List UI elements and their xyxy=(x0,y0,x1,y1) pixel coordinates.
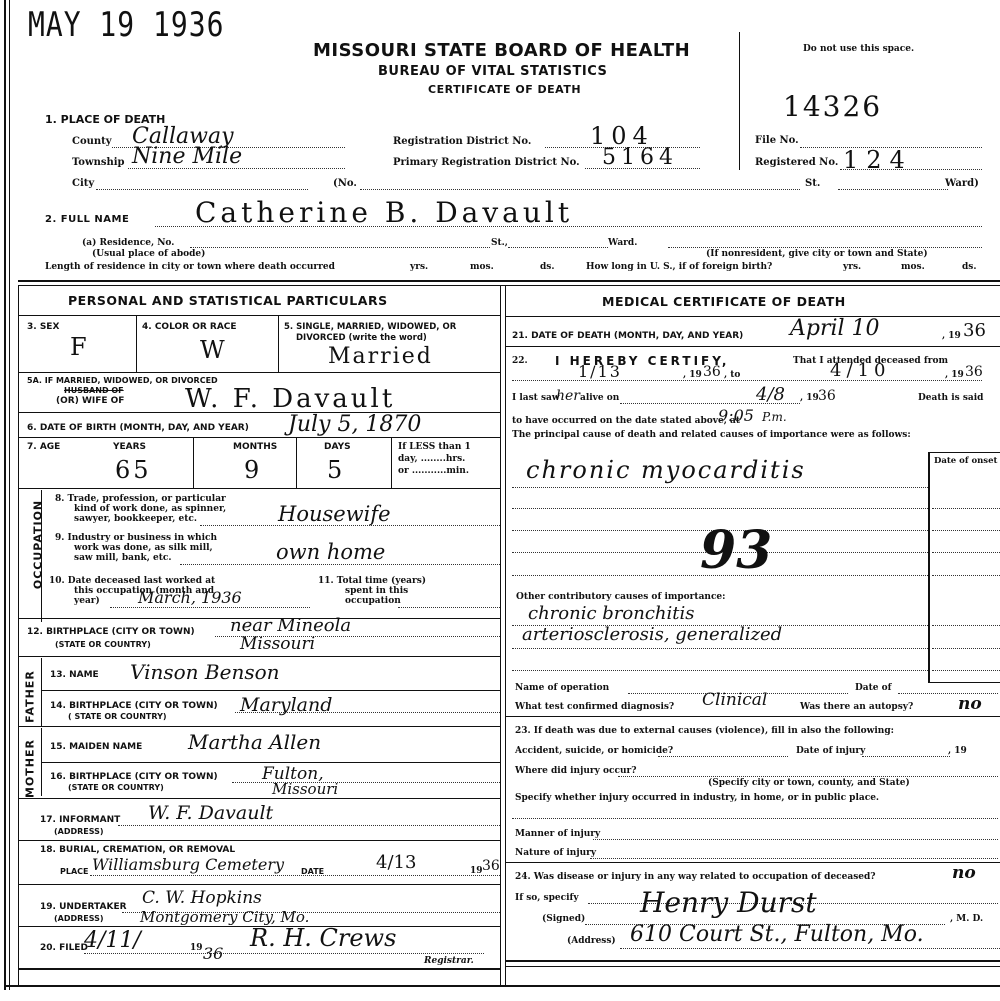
age-months-divider xyxy=(296,438,297,488)
father-birthplace-value[interactable]: Maryland xyxy=(240,694,332,716)
mother-maiden-value[interactable]: Martha Allen xyxy=(188,730,321,754)
sex-value[interactable]: F xyxy=(70,333,87,361)
onset-line-3 xyxy=(932,552,1000,553)
where-injury-field[interactable] xyxy=(618,776,998,777)
column-divider-right xyxy=(505,285,506,985)
personal-title-underline xyxy=(18,315,500,316)
last-worked-line xyxy=(110,607,310,608)
left-border-inner xyxy=(9,0,10,990)
full-name-label: 2. FULL NAME xyxy=(45,214,129,225)
industry-value[interactable]: own home xyxy=(276,540,385,564)
do-not-use-label: Do not use this space. xyxy=(803,44,914,54)
med-bottom-line xyxy=(505,960,1000,962)
column-divider-left xyxy=(500,285,501,985)
age-months-label: MONTHS xyxy=(233,442,277,452)
physician-signature[interactable]: Henry Durst xyxy=(640,886,817,919)
time-of-death-value[interactable]: 9:05 xyxy=(718,406,754,425)
foreign-ds-label: ds. xyxy=(962,262,977,272)
nature-field[interactable] xyxy=(590,858,998,859)
undertaker-sublabel: (ADDRESS) xyxy=(54,914,104,923)
informant-sublabel: (ADDRESS) xyxy=(54,827,104,836)
medical-section-title: MEDICAL CERTIFICATE OF DEATH xyxy=(602,294,846,309)
dod-year-value[interactable]: 36 xyxy=(963,320,986,341)
onset-line-4 xyxy=(932,575,1000,576)
father-birthplace-sublabel: ( STATE OR COUNTRY) xyxy=(68,712,167,721)
race-label: 4. COLOR OR RACE xyxy=(142,322,237,332)
med-row-line-3 xyxy=(505,862,1000,863)
residence-sublabel: (Usual place of abode) xyxy=(92,249,205,259)
onset-line-6 xyxy=(932,648,1000,649)
burial-year-value[interactable]: 36 xyxy=(482,858,500,874)
mother-birthplace-label: 16. BIRTHPLACE (CITY OR TOWN) xyxy=(50,772,218,782)
physician-address-label: (Address) xyxy=(567,936,616,946)
contributory-cause-2[interactable]: arteriosclerosis, generalized xyxy=(522,624,782,645)
marital-label: 5. SINGLE, MARRIED, WIDOWED, OR xyxy=(284,322,456,332)
onset-line-5 xyxy=(932,625,1000,626)
informant-value[interactable]: W. F. Davault xyxy=(148,802,273,824)
industry-line xyxy=(180,564,500,565)
city-field[interactable] xyxy=(96,189,308,190)
autopsy-label: Was there an autopsy? xyxy=(800,702,913,712)
industry-label-2: work was done, as silk mill, xyxy=(74,543,213,553)
father-name-value[interactable]: Vinson Benson xyxy=(130,660,280,684)
residence-field[interactable] xyxy=(190,247,490,248)
spouse-label-2: HUSBAND OF xyxy=(64,386,124,395)
birthplace-sublabel: (STATE OR COUNTRY) xyxy=(55,640,151,649)
received-date-stamp: MAY 19 1936 xyxy=(28,5,224,45)
registrar-signature[interactable]: R. H. Crews xyxy=(250,924,396,952)
to-year-value[interactable]: 36 xyxy=(965,364,983,380)
city-label: City xyxy=(72,178,94,189)
total-time-label-2: spent in this xyxy=(345,586,408,596)
ward-field[interactable] xyxy=(838,189,948,190)
registration-district-label: Registration District No. xyxy=(393,136,531,147)
death-said-label: Death is said xyxy=(918,393,983,403)
operation-date-field[interactable] xyxy=(898,693,998,694)
industry-label-3: saw mill, bank, etc. xyxy=(74,553,172,563)
mother-birthplace-state[interactable]: Missouri xyxy=(272,780,338,798)
total-time-label-1: 11. Total time (years) xyxy=(318,576,426,586)
onset-box-left xyxy=(928,452,930,682)
row-line-7 xyxy=(18,726,500,727)
undertaker-name[interactable]: C. W. Hopkins xyxy=(142,888,262,908)
burial-date-value[interactable]: 4/13 xyxy=(376,852,416,873)
row-line-1 xyxy=(18,372,500,373)
med-row-line-1 xyxy=(505,346,1000,347)
where-injury-sublabel: (Specify city or town, county, and State… xyxy=(708,778,910,788)
burial-date-label: DATE xyxy=(301,867,324,876)
physician-address-value[interactable]: 610 Court St., Fulton, Mo. xyxy=(630,922,924,947)
nonresident-note: (If nonresident, give city or town and S… xyxy=(706,249,928,259)
township-value[interactable]: Nine Mile xyxy=(132,144,242,169)
father-vertical-label: FATHER xyxy=(24,657,37,737)
industry-label-1: 9. Industry or business in which xyxy=(55,533,217,543)
father-side-divider xyxy=(41,658,42,726)
father-birthplace-label: 14. BIRTHPLACE (CITY OR TOWN) xyxy=(50,701,218,711)
last-worked-value[interactable]: March, 1936 xyxy=(138,588,242,607)
street-label: St. xyxy=(805,178,820,189)
md-label: , M. D. xyxy=(950,914,983,924)
injury-date-field[interactable] xyxy=(862,756,950,757)
where-injury-label: Where did injury occur? xyxy=(515,766,637,776)
contributory-line-2 xyxy=(512,648,928,649)
age-years-label: YEARS xyxy=(113,442,146,452)
med-row-line-2 xyxy=(505,716,1000,717)
header-divider xyxy=(739,32,740,170)
onset-box-top xyxy=(928,452,1000,453)
alive-on-label: alive on xyxy=(580,393,619,403)
row-line-10 xyxy=(18,884,500,885)
undertaker-label: 19. UNDERTAKER xyxy=(40,902,127,912)
father-row-line xyxy=(41,690,500,691)
burial-label: 18. BURIAL, CREMATION, OR REMOVAL xyxy=(40,845,235,855)
contributory-line-3 xyxy=(512,670,928,671)
residence-ward-label: Ward. xyxy=(608,238,637,248)
filed-line xyxy=(84,953,484,954)
contributory-cause-1[interactable]: chronic bronchitis xyxy=(528,603,694,624)
residence-mos-label: mos. xyxy=(470,262,494,272)
time-of-death-suffix: P.m. xyxy=(762,410,787,424)
foreign-mos-label: mos. xyxy=(901,262,925,272)
street-no-field[interactable] xyxy=(360,189,800,190)
filed-date[interactable]: 4/11/ xyxy=(84,928,141,953)
alive-on-value[interactable]: 4/8 xyxy=(756,384,785,405)
to-year-prefix: , 19 xyxy=(945,370,964,380)
injury-year-prefix: , 19 xyxy=(948,746,967,756)
specify-injury-label: Specify whether injury occurred in indus… xyxy=(515,793,879,803)
informant-line xyxy=(118,825,500,826)
row-line-4 xyxy=(18,488,500,489)
occurred-at-label: to have occurred on the date stated abov… xyxy=(512,416,740,426)
certify-number: 22. xyxy=(512,356,528,366)
spouse-label-3: (OR) WIFE OF xyxy=(56,396,124,406)
left-column-border xyxy=(18,285,19,985)
burial-year-prefix: 19 xyxy=(470,866,483,876)
residence-yrs-label: yrs. xyxy=(410,262,428,272)
last-saw-label: I last saw xyxy=(512,393,560,403)
test-confirmed-value[interactable]: Clinical xyxy=(702,690,767,710)
occupation-related-value[interactable]: no xyxy=(952,863,976,883)
primary-registration-label: Primary Registration District No. xyxy=(393,157,580,168)
manner-field[interactable] xyxy=(593,839,998,840)
age-months-value[interactable]: 9 xyxy=(244,456,259,484)
full-name-value[interactable]: Catherine B. Davault xyxy=(195,196,573,229)
trade-value[interactable]: Housewife xyxy=(278,502,391,526)
age-days-value[interactable]: 5 xyxy=(327,456,342,484)
nonresident-field[interactable] xyxy=(668,247,982,248)
onset-line-2 xyxy=(932,530,1000,531)
signed-label: (Signed) xyxy=(542,914,585,924)
registered-no-label: Registered No. xyxy=(755,157,838,168)
onset-line-7 xyxy=(932,670,1000,671)
mother-row-line xyxy=(41,762,500,763)
total-time-label-3: occupation xyxy=(345,596,401,606)
cause-line-1 xyxy=(512,487,928,488)
certificate-title: CERTIFICATE OF DEATH xyxy=(428,83,581,96)
street-no-label: (No. xyxy=(333,178,357,189)
residence-ward-field[interactable] xyxy=(508,247,608,248)
marital-value[interactable]: Married xyxy=(328,344,433,369)
trade-label-3: sawyer, bookkeeper, etc. xyxy=(74,514,197,524)
township-label: Township xyxy=(72,157,125,168)
dod-year-prefix: , 19 xyxy=(942,331,961,341)
trade-label-2: kind of work done, as spinner, xyxy=(74,504,226,514)
left-border-outer xyxy=(4,0,6,990)
last-worked-label-3: year) xyxy=(74,596,100,606)
birthplace-label: 12. BIRTHPLACE (CITY OR TOWN) xyxy=(27,627,195,637)
marital-label-2: DIVORCED (write the word) xyxy=(296,333,427,343)
registered-no-value[interactable]: 124 xyxy=(843,146,913,174)
mother-maiden-label: 15. MAIDEN NAME xyxy=(50,742,142,752)
residence-label: (a) Residence, No. xyxy=(82,238,174,248)
occupation-related-label: 24. Was disease or injury in any way rel… xyxy=(515,872,876,882)
onset-box-bottom xyxy=(928,682,1000,683)
specify-injury-field[interactable] xyxy=(512,818,998,819)
length-of-residence-label: Length of residence in city or town wher… xyxy=(45,262,335,272)
ward-label: Ward) xyxy=(945,178,979,189)
manner-label: Manner of injury xyxy=(515,829,600,839)
med-bottom-line-2 xyxy=(505,966,1000,967)
cause-code-mark: 93 xyxy=(700,520,772,581)
personal-section-title: PERSONAL AND STATISTICAL PARTICULARS xyxy=(68,293,388,308)
to-label: , to xyxy=(724,370,740,380)
residence-st-label: St., xyxy=(491,238,508,248)
birthplace-city-value[interactable]: near Mineola xyxy=(230,615,351,636)
principal-cause-value[interactable]: chronic myocarditis xyxy=(526,456,806,484)
sex-race-divider xyxy=(136,316,137,372)
test-confirmed-label: What test confirmed diagnosis? xyxy=(515,702,674,712)
operation-date-label: Date of xyxy=(855,683,892,693)
bottom-border xyxy=(4,985,1000,987)
row-line-8 xyxy=(18,798,500,799)
date-of-death-value[interactable]: April 10 xyxy=(790,316,880,341)
age-days-label: DAYS xyxy=(324,442,351,452)
dob-label: 6. DATE OF BIRTH (MONTH, DAY, AND YEAR) xyxy=(27,423,249,433)
sex-label: 3. SEX xyxy=(27,322,59,332)
from-year-prefix: , 19 xyxy=(683,370,702,380)
row-line-3 xyxy=(18,437,500,438)
filed-year[interactable]: 36 xyxy=(203,944,223,963)
operation-label: Name of operation xyxy=(515,683,609,693)
header-separator-2 xyxy=(18,285,1000,286)
attended-from-date[interactable]: 1/13 xyxy=(578,362,622,381)
row-line-6 xyxy=(18,656,500,657)
medical-title-underline xyxy=(505,316,1000,317)
occupation-vertical-label: OCCUPATION xyxy=(32,495,45,595)
injury-date-label: Date of injury xyxy=(796,746,865,756)
residence-ds-label: ds. xyxy=(540,262,555,272)
age-less-label-1: If LESS than 1 xyxy=(398,442,471,452)
accident-field[interactable] xyxy=(658,756,788,757)
registrar-label: Registrar. xyxy=(424,956,474,966)
mother-birthplace-sublabel: (STATE OR COUNTRY) xyxy=(68,783,164,792)
cause-line-2 xyxy=(512,508,928,509)
mother-vertical-label: MOTHER xyxy=(24,729,37,809)
county-label: County xyxy=(72,136,112,147)
onset-line-1 xyxy=(932,508,1000,509)
accident-label: Accident, suicide, or homicide? xyxy=(515,746,673,756)
dob-value[interactable]: July 5, 1870 xyxy=(288,412,421,437)
age-less-label-2: day, ........hrs. xyxy=(398,454,465,464)
date-of-death-label: 21. DATE OF DEATH (MONTH, DAY, AND YEAR) xyxy=(512,331,743,341)
principal-cause-label: The principal cause of death and related… xyxy=(512,430,911,440)
foreign-birth-label: How long in U. S., if of foreign birth? xyxy=(586,262,772,272)
primary-registration-value[interactable]: 5164 xyxy=(602,145,678,170)
from-year-value[interactable]: 36 xyxy=(703,364,721,380)
alive-year-prefix: , 19 xyxy=(800,393,819,403)
form-subtitle: BUREAU OF VITAL STATISTICS xyxy=(378,64,607,79)
age-label: 7. AGE xyxy=(27,442,60,452)
race-marital-divider xyxy=(278,316,279,372)
burial-place-value[interactable]: Williamsburg Cemetery xyxy=(92,855,284,874)
last-saw-pronoun[interactable]: her xyxy=(556,388,580,404)
filed-year-prefix: 19 xyxy=(190,943,203,953)
external-causes-label: 23. If death was due to external causes … xyxy=(515,726,894,736)
file-no-label: File No. xyxy=(755,135,799,146)
birthplace-state-value[interactable]: Missouri xyxy=(240,634,315,654)
row-line-9 xyxy=(18,840,500,841)
attended-to-date[interactable]: 4/10 xyxy=(830,360,890,381)
autopsy-value[interactable]: no xyxy=(958,694,982,714)
alive-year-value[interactable]: 36 xyxy=(818,388,836,404)
form-title: MISSOURI STATE BOARD OF HEALTH xyxy=(313,40,690,61)
filed-label: 20. FILED xyxy=(40,943,88,953)
header-separator-1 xyxy=(18,280,1000,282)
certificate-number: 14326 xyxy=(783,90,882,123)
foreign-yrs-label: yrs. xyxy=(843,262,861,272)
age-years-divider xyxy=(193,438,194,488)
father-name-label: 13. NAME xyxy=(50,670,99,680)
total-time-field[interactable] xyxy=(398,607,500,608)
nature-label: Nature of injury xyxy=(515,848,596,858)
row-line-2 xyxy=(18,412,500,413)
spouse-value[interactable]: W. F. Davault xyxy=(185,384,395,414)
age-years-value[interactable]: 65 xyxy=(115,456,152,484)
age-less-label-3: or ...........min. xyxy=(398,466,469,476)
date-of-onset-label: Date of onset xyxy=(934,456,997,466)
contributory-label: Other contributory causes of importance: xyxy=(516,592,725,602)
trade-label-1: 8. Trade, profession, or particular xyxy=(55,494,226,504)
burial-place-label: PLACE xyxy=(60,867,89,876)
row-line-12 xyxy=(18,968,500,970)
physician-address-line xyxy=(620,948,1000,949)
race-value[interactable]: W xyxy=(200,336,225,364)
age-days-divider xyxy=(391,438,392,488)
if-so-label: If so, specify xyxy=(515,893,579,903)
informant-label: 17. INFORMANT xyxy=(40,815,120,825)
last-worked-label-1: 10. Date deceased last worked at xyxy=(49,576,215,586)
burial-place-line xyxy=(90,875,500,876)
occupation-side-divider xyxy=(41,490,42,622)
